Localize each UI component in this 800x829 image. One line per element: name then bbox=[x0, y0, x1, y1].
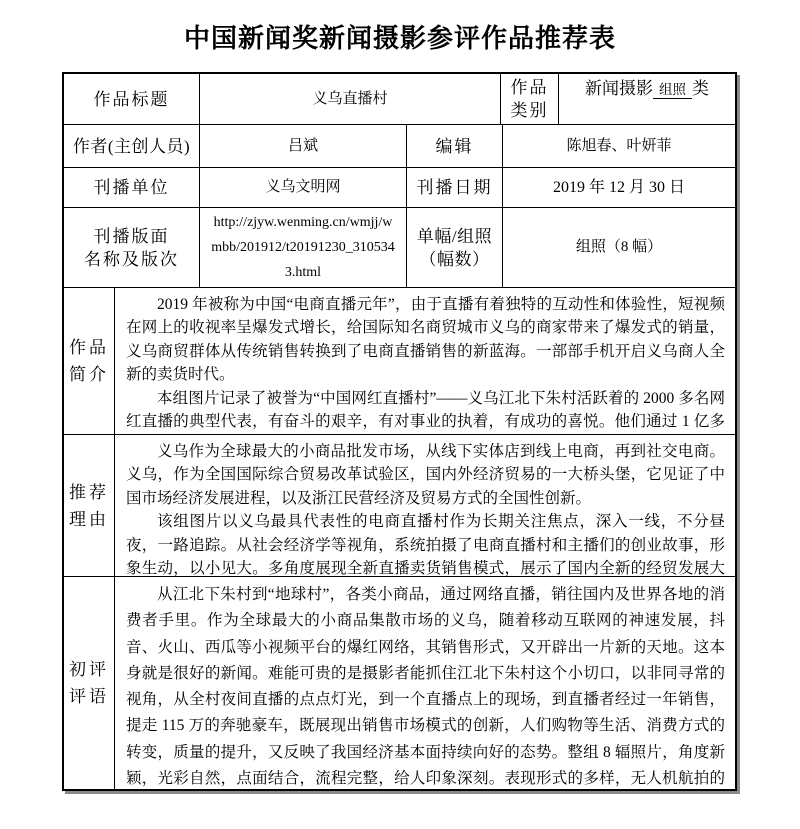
intro-text-cell: 2019 年被称为中国“电商直播元年”，由于直播有着独特的互动性和体验性，短视频… bbox=[115, 288, 735, 434]
comment-paragraph-1: 从江北下朱村到“地球村”，各类小商品，通过网络直播，销往国内及世界各地的消费者手… bbox=[126, 582, 725, 789]
work-title-value: 义乌直播村 bbox=[312, 89, 387, 110]
recommendation-form-table: 作品标题 义乌直播村 作品 类别 新闻摄影 组照 类 作者(主创人员) 吕斌 编… bbox=[62, 72, 737, 791]
editor-label-cell: 编辑 bbox=[407, 125, 503, 167]
unit-value-cell: 义乌文明网 bbox=[200, 168, 407, 207]
category-underlined-value: 组照 bbox=[653, 78, 692, 99]
page-url-cell: http://zjyw.wenming.cn/wmjj/wmbb/201912/… bbox=[200, 208, 407, 287]
reason-text-cell: 义乌作为全球最大的小商品批发市场，从线下实体店到线上电商，再到社交电商。义乌，作… bbox=[115, 435, 735, 576]
comment-text-cell: 从江北下朱村到“地球村”，各类小商品，通过网络直播，销往国内及世界各地的消费者手… bbox=[115, 577, 735, 789]
editor-value: 陈旭春、叶妍菲 bbox=[566, 136, 671, 157]
work-title-label: 作品标题 bbox=[94, 88, 170, 111]
page-title: 中国新闻奖新闻摄影参评作品推荐表 bbox=[0, 18, 800, 55]
category-value-cell: 新闻摄影 组照 类 bbox=[559, 74, 735, 124]
intro-label-cell: 作品 简介 bbox=[64, 288, 115, 434]
reason-paragraph-1: 义乌作为全球最大的小商品批发市场，从线下实体店到线上电商，再到社交电商。义乌，作… bbox=[126, 440, 725, 510]
row-unit-date: 刊播单位 义乌文明网 刊播日期 2019 年 12 月 30 日 bbox=[64, 168, 735, 208]
reason-label-line1: 推荐 bbox=[69, 479, 109, 506]
work-title-value-cell: 义乌直播村 bbox=[200, 74, 501, 124]
page-label-line1: 刊播版面 bbox=[94, 225, 170, 248]
category-label-line1: 作品 bbox=[511, 76, 549, 99]
row-work-title: 作品标题 义乌直播村 作品 类别 新闻摄影 组照 类 bbox=[64, 74, 735, 125]
page-label-cell: 刊播版面 名称及版次 bbox=[64, 208, 200, 287]
count-label-cell: 单幅/组照 （幅数） bbox=[407, 208, 503, 287]
intro-paragraph-2: 本组图片记录了被誉为“中国网红直播村”——义乌江北下朱村活跃着的 2000 多名… bbox=[126, 387, 725, 434]
intro-paragraph-1: 2019 年被称为中国“电商直播元年”，由于直播有着独特的互动性和体验性，短视频… bbox=[126, 293, 725, 387]
category-label-line2: 类别 bbox=[511, 99, 549, 122]
date-label-cell: 刊播日期 bbox=[407, 168, 503, 207]
author-value-cell: 吕斌 bbox=[200, 125, 407, 167]
comment-label-cell: 初评 评语 bbox=[64, 577, 115, 789]
category-label-cell: 作品 类别 bbox=[501, 74, 559, 124]
row-page-url-count: 刊播版面 名称及版次 http://zjyw.wenming.cn/wmjj/w… bbox=[64, 208, 735, 288]
page-label-line2: 名称及版次 bbox=[84, 248, 179, 271]
intro-label-line2: 简介 bbox=[69, 361, 109, 388]
section-work-intro: 作品 简介 2019 年被称为中国“电商直播元年”，由于直播有着独特的互动性和体… bbox=[64, 288, 735, 435]
author-value: 吕斌 bbox=[288, 136, 318, 157]
unit-label-cell: 刊播单位 bbox=[64, 168, 200, 207]
date-value: 2019 年 12 月 30 日 bbox=[553, 177, 685, 198]
work-title-label-cell: 作品标题 bbox=[64, 74, 200, 124]
section-recommendation-reason: 推荐 理由 义乌作为全球最大的小商品批发市场，从线下实体店到线上电商，再到社交电… bbox=[64, 435, 735, 577]
editor-value-cell: 陈旭春、叶妍菲 bbox=[503, 125, 735, 167]
count-value-cell: 组照（8 幅） bbox=[503, 208, 735, 287]
category-suffix: 类 bbox=[692, 74, 709, 99]
comment-label-line2: 评语 bbox=[69, 683, 109, 710]
author-label-cell: 作者(主创人员) bbox=[64, 125, 200, 167]
count-label-line1: 单幅/组照 bbox=[417, 225, 492, 248]
section-initial-review: 初评 评语 从江北下朱村到“地球村”，各类小商品，通过网络直播，销往国内及世界各… bbox=[64, 577, 735, 789]
unit-label: 刊播单位 bbox=[94, 176, 170, 199]
reason-paragraph-2: 该组图片以义乌最具代表性的电商直播村作为长期关注焦点，深入一线，不分昼夜，一路追… bbox=[126, 510, 725, 576]
reason-label-cell: 推荐 理由 bbox=[64, 435, 115, 576]
intro-label-line1: 作品 bbox=[69, 334, 109, 361]
date-value-cell: 2019 年 12 月 30 日 bbox=[503, 168, 735, 207]
unit-value: 义乌文明网 bbox=[265, 177, 340, 198]
page-url: http://zjyw.wenming.cn/wmjj/wmbb/201912/… bbox=[209, 210, 397, 285]
date-label: 刊播日期 bbox=[417, 176, 493, 199]
comment-label-line1: 初评 bbox=[69, 656, 109, 683]
row-author-editor: 作者(主创人员) 吕斌 编辑 陈旭春、叶妍菲 bbox=[64, 125, 735, 168]
editor-label: 编辑 bbox=[436, 135, 474, 158]
count-label-line2: （幅数） bbox=[420, 248, 490, 271]
count-value: 组照（8 幅） bbox=[576, 237, 662, 258]
author-label: 作者(主创人员) bbox=[73, 135, 190, 158]
category-prefix: 新闻摄影 bbox=[585, 74, 653, 99]
reason-label-line2: 理由 bbox=[69, 506, 109, 533]
